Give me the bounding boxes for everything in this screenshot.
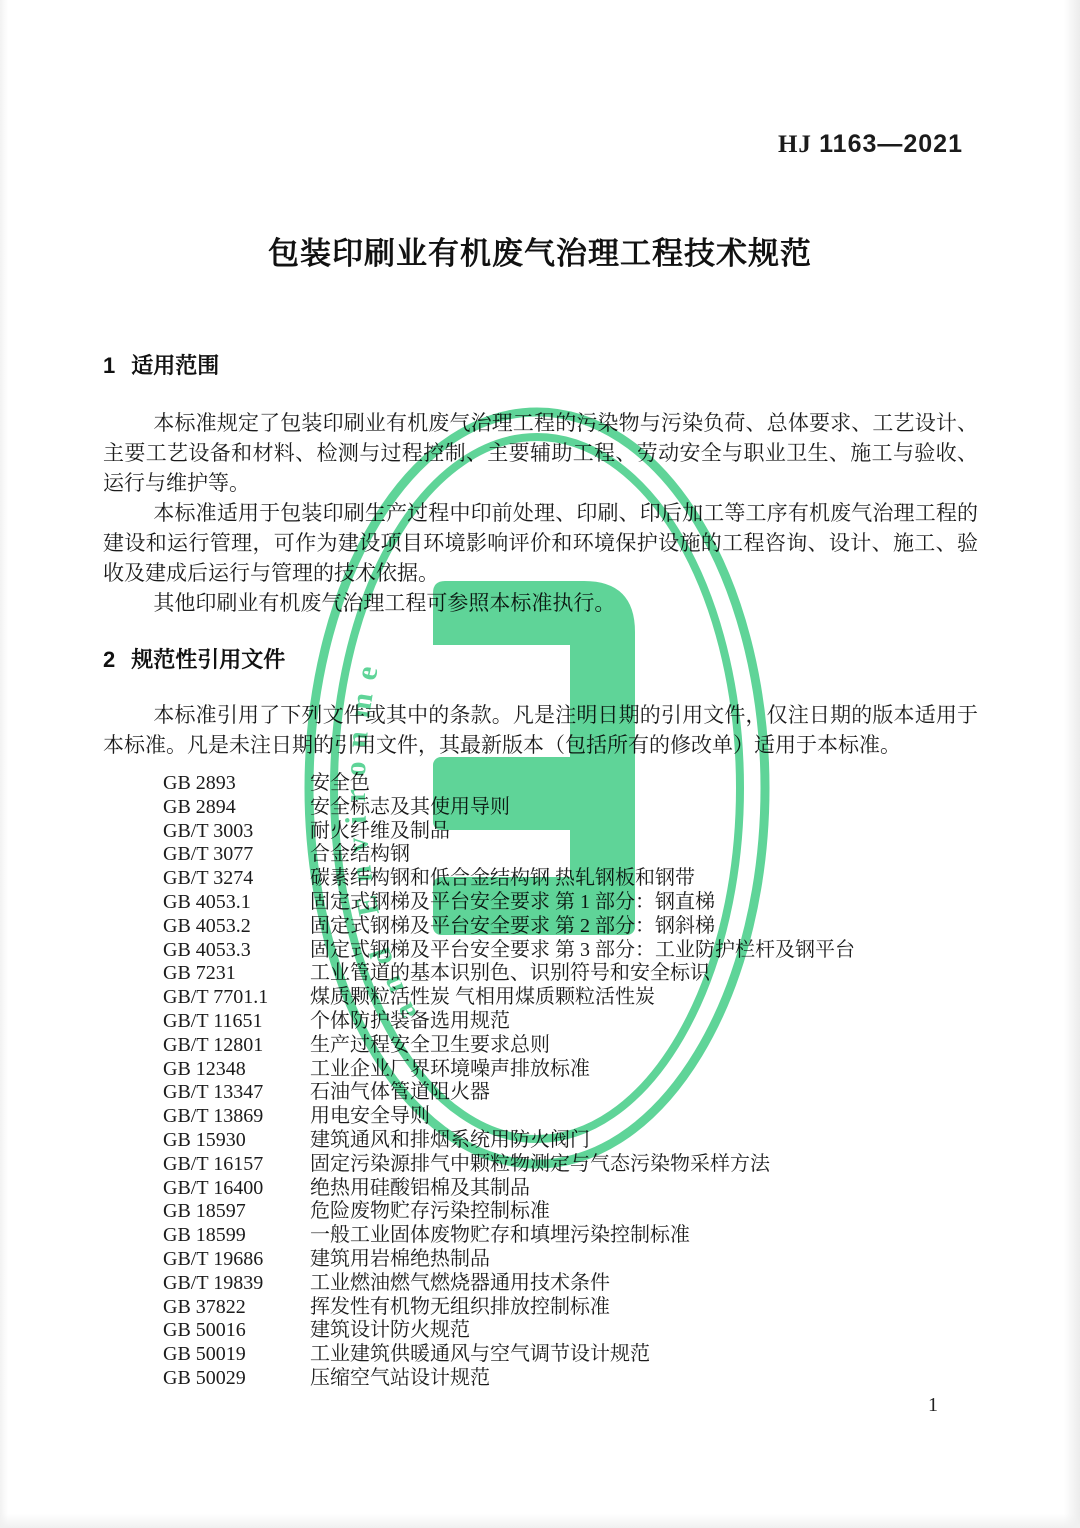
reference-row: GB 18599一般工业固体废物贮存和填埋污染控制标准 bbox=[163, 1224, 978, 1248]
scope-paragraph-2: 本标准适用于包装印刷生产过程中印前处理、印刷、印后加工等工序有机废气治理工程的建… bbox=[103, 498, 978, 588]
reference-title: 工业燃油燃气燃烧器通用技术条件 bbox=[310, 1272, 978, 1296]
reference-row: GB/T 3077合金结构钢 bbox=[163, 843, 978, 867]
reference-row: GB 4053.3固定式钢梯及平台安全要求 第 3 部分：工业防护栏杆及钢平台 bbox=[163, 939, 978, 963]
reference-title: 合金结构钢 bbox=[310, 843, 978, 867]
reference-title: 固定式钢梯及平台安全要求 第 2 部分：钢斜梯 bbox=[310, 915, 978, 939]
reference-title: 安全标志及其使用导则 bbox=[310, 796, 978, 820]
reference-row: GB 2893安全色 bbox=[163, 772, 978, 796]
reference-row: GB 15930建筑通风和排烟系统用防火阀门 bbox=[163, 1129, 978, 1153]
reference-row: GB/T 19686建筑用岩棉绝热制品 bbox=[163, 1248, 978, 1272]
reference-title: 工业管道的基本识别色、识别符号和安全标识 bbox=[310, 962, 978, 986]
reference-title: 危险废物贮存污染控制标准 bbox=[310, 1200, 978, 1224]
reference-code: GB 2893 bbox=[163, 772, 310, 796]
reference-code: GB/T 11651 bbox=[163, 1010, 310, 1034]
reference-row: GB/T 11651个体防护装备选用规范 bbox=[163, 1010, 978, 1034]
reference-code: GB/T 3077 bbox=[163, 843, 310, 867]
references-list: GB 2893安全色GB 2894安全标志及其使用导则GB/T 3003耐火纤维… bbox=[163, 772, 978, 1391]
reference-row: GB 4053.2固定式钢梯及平台安全要求 第 2 部分：钢斜梯 bbox=[163, 915, 978, 939]
reference-code: GB 7231 bbox=[163, 962, 310, 986]
reference-title: 建筑设计防火规范 bbox=[310, 1319, 978, 1343]
document-page: HJ 1163—2021 包装印刷业有机废气治理工程技术规范 1适用范围 本标准… bbox=[0, 0, 1080, 1528]
reference-code: GB/T 13869 bbox=[163, 1105, 310, 1129]
section-number: 1 bbox=[103, 353, 115, 378]
reference-title: 用电安全导则 bbox=[310, 1105, 978, 1129]
section-number: 2 bbox=[103, 647, 115, 672]
reference-title: 压缩空气站设计规范 bbox=[310, 1367, 978, 1391]
reference-row: GB 50016建筑设计防火规范 bbox=[163, 1319, 978, 1343]
reference-row: GB/T 12801生产过程安全卫生要求总则 bbox=[163, 1034, 978, 1058]
reference-code: GB/T 16400 bbox=[163, 1177, 310, 1201]
scan-edge-left bbox=[0, 0, 8, 1528]
reference-row: GB/T 13869用电安全导则 bbox=[163, 1105, 978, 1129]
reference-row: GB/T 19839工业燃油燃气燃烧器通用技术条件 bbox=[163, 1272, 978, 1296]
reference-title: 建筑通风和排烟系统用防火阀门 bbox=[310, 1129, 978, 1153]
reference-row: GB 50029压缩空气站设计规范 bbox=[163, 1367, 978, 1391]
scan-edge-right bbox=[1064, 0, 1080, 1528]
reference-row: GB/T 3274碳素结构钢和低合金结构钢 热轧钢板和钢带 bbox=[163, 867, 978, 891]
reference-row: GB/T 16157固定污染源排气中颗粒物测定与气态污染物采样方法 bbox=[163, 1153, 978, 1177]
reference-title: 绝热用硅酸铝棉及其制品 bbox=[310, 1177, 978, 1201]
reference-title: 固定污染源排气中颗粒物测定与气态污染物采样方法 bbox=[310, 1153, 978, 1177]
reference-title: 生产过程安全卫生要求总则 bbox=[310, 1034, 978, 1058]
reference-code: GB/T 12801 bbox=[163, 1034, 310, 1058]
reference-code: GB 50019 bbox=[163, 1343, 310, 1367]
standard-label: HJ bbox=[778, 131, 812, 158]
reference-title: 固定式钢梯及平台安全要求 第 3 部分：工业防护栏杆及钢平台 bbox=[310, 939, 978, 963]
reference-code: GB 18599 bbox=[163, 1224, 310, 1248]
reference-row: GB/T 13347石油气体管道阻火器 bbox=[163, 1081, 978, 1105]
section-heading-text: 适用范围 bbox=[131, 353, 219, 378]
section-heading-references: 2规范性引用文件 bbox=[103, 646, 978, 673]
reference-code: GB 4053.3 bbox=[163, 939, 310, 963]
reference-row: GB 12348工业企业厂界环境噪声排放标准 bbox=[163, 1058, 978, 1082]
reference-title: 一般工业固体废物贮存和填埋污染控制标准 bbox=[310, 1224, 978, 1248]
scope-paragraph-3: 其他印刷业有机废气治理工程可参照本标准执行。 bbox=[103, 588, 978, 618]
reference-code: GB 4053.1 bbox=[163, 891, 310, 915]
reference-code: GB/T 7701.1 bbox=[163, 986, 310, 1010]
reference-row: GB 7231工业管道的基本识别色、识别符号和安全标识 bbox=[163, 962, 978, 986]
reference-code: GB 18597 bbox=[163, 1200, 310, 1224]
reference-title: 石油气体管道阻火器 bbox=[310, 1081, 978, 1105]
reference-code: GB 37822 bbox=[163, 1296, 310, 1320]
reference-row: GB 18597危险废物贮存污染控制标准 bbox=[163, 1200, 978, 1224]
reference-title: 个体防护装备选用规范 bbox=[310, 1010, 978, 1034]
reference-row: GB/T 16400绝热用硅酸铝棉及其制品 bbox=[163, 1177, 978, 1201]
document-body: 1适用范围 本标准规定了包装印刷业有机废气治理工程的污染物与污染负荷、总体要求、… bbox=[103, 352, 978, 1391]
standard-number: HJ 1163—2021 bbox=[778, 130, 963, 159]
reference-code: GB/T 19686 bbox=[163, 1248, 310, 1272]
standard-code: 1163—2021 bbox=[819, 130, 963, 158]
reference-row: GB/T 7701.1煤质颗粒活性炭 气相用煤质颗粒活性炭 bbox=[163, 986, 978, 1010]
reference-title: 挥发性有机物无组织排放控制标准 bbox=[310, 1296, 978, 1320]
reference-code: GB 4053.2 bbox=[163, 915, 310, 939]
reference-title: 碳素结构钢和低合金结构钢 热轧钢板和钢带 bbox=[310, 867, 978, 891]
reference-code: GB 2894 bbox=[163, 796, 310, 820]
reference-title: 煤质颗粒活性炭 气相用煤质颗粒活性炭 bbox=[310, 986, 978, 1010]
reference-title: 工业企业厂界环境噪声排放标准 bbox=[310, 1058, 978, 1082]
reference-title: 耐火纤维及制品 bbox=[310, 820, 978, 844]
scan-edge-bottom bbox=[0, 1514, 1080, 1528]
reference-row: GB 37822挥发性有机物无组织排放控制标准 bbox=[163, 1296, 978, 1320]
reference-code: GB/T 13347 bbox=[163, 1081, 310, 1105]
section-heading-text: 规范性引用文件 bbox=[131, 647, 285, 672]
reference-code: GB 15930 bbox=[163, 1129, 310, 1153]
reference-title: 固定式钢梯及平台安全要求 第 1 部分：钢直梯 bbox=[310, 891, 978, 915]
reference-title: 安全色 bbox=[310, 772, 978, 796]
references-intro: 本标准引用了下列文件或其中的条款。凡是注明日期的引用文件，仅注日期的版本适用于本… bbox=[103, 700, 978, 760]
reference-row: GB/T 3003耐火纤维及制品 bbox=[163, 820, 978, 844]
reference-code: GB/T 3274 bbox=[163, 867, 310, 891]
reference-title: 工业建筑供暖通风与空气调节设计规范 bbox=[310, 1343, 978, 1367]
reference-row: GB 4053.1固定式钢梯及平台安全要求 第 1 部分：钢直梯 bbox=[163, 891, 978, 915]
scope-paragraph-1: 本标准规定了包装印刷业有机废气治理工程的污染物与污染负荷、总体要求、工艺设计、主… bbox=[103, 408, 978, 498]
reference-code: GB 50029 bbox=[163, 1367, 310, 1391]
reference-code: GB 50016 bbox=[163, 1319, 310, 1343]
reference-title: 建筑用岩棉绝热制品 bbox=[310, 1248, 978, 1272]
reference-code: GB/T 3003 bbox=[163, 820, 310, 844]
reference-code: GB/T 19839 bbox=[163, 1272, 310, 1296]
page-number: 1 bbox=[928, 1394, 938, 1417]
page-title: 包装印刷业有机废气治理工程技术规范 bbox=[0, 228, 1080, 273]
reference-code: GB 12348 bbox=[163, 1058, 310, 1082]
section-heading-scope: 1适用范围 bbox=[103, 352, 978, 379]
reference-row: GB 50019工业建筑供暖通风与空气调节设计规范 bbox=[163, 1343, 978, 1367]
reference-row: GB 2894安全标志及其使用导则 bbox=[163, 796, 978, 820]
reference-code: GB/T 16157 bbox=[163, 1153, 310, 1177]
